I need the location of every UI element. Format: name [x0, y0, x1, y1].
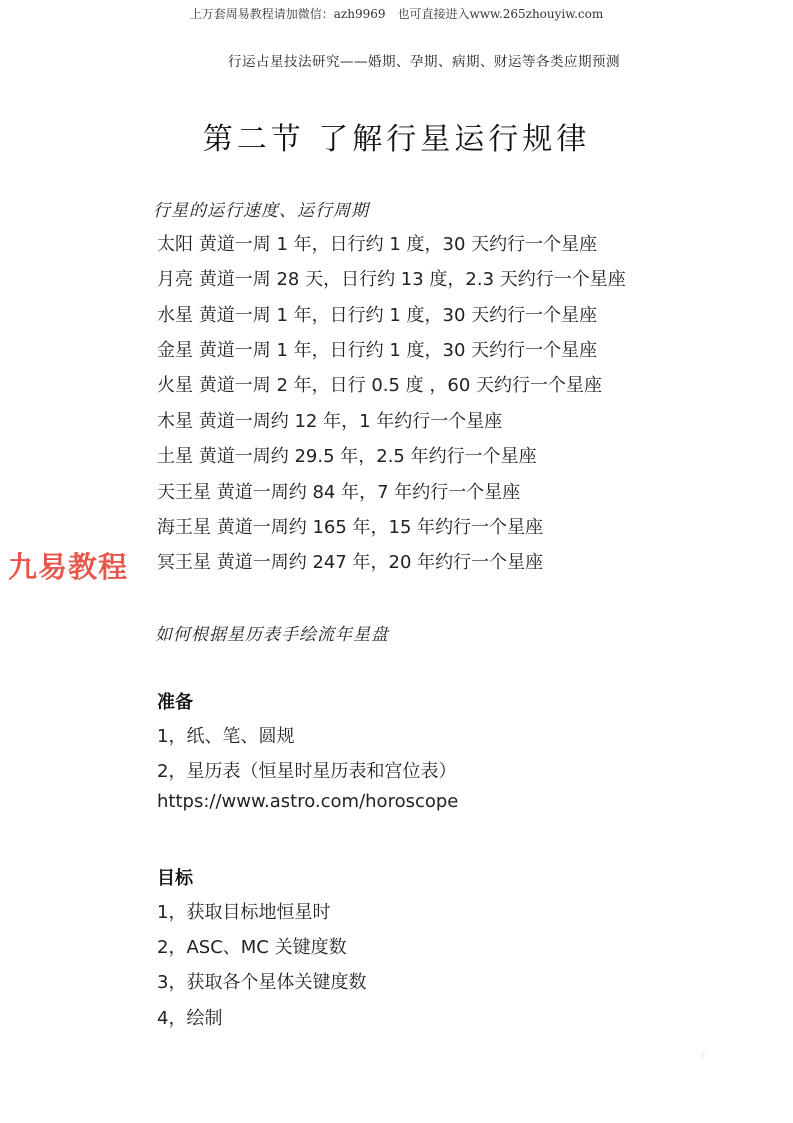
goal-item: 1，获取目标地恒星时 [157, 898, 330, 924]
horoscope-link[interactable]: https://www.astro.com/horoscope [157, 791, 458, 812]
goal-item: 4，绘制 [157, 1004, 222, 1030]
goals-heading: 目标 [157, 864, 193, 890]
planet-row: 水星 黄道一周 1 年，日行约 1 度，30 天约行一个星座 [157, 301, 597, 327]
planet-row: 土星 黄道一周约 29.5 年，2.5 年约行一个星座 [157, 442, 537, 468]
preparation-item: 2，星历表（恒星时星历表和宫位表） [157, 757, 456, 783]
planet-row: 太阳 黄道一周 1 年，日行约 1 度，30 天约行一个星座 [157, 230, 597, 256]
preparation-heading: 准备 [157, 688, 193, 714]
preparation-item: 1，纸、笔、圆规 [157, 722, 294, 748]
goal-item: 3，获取各个星体关键度数 [157, 968, 366, 994]
planet-row: 火星 黄道一周 2 年，日行 0.5 度 ，60 天约行一个星座 [157, 371, 602, 397]
watermark-logo: 九易教程 [8, 545, 128, 586]
top-promo-note: 上万套周易教程请加微信：azh9969 也可直接进入www.265zhouyiw… [0, 5, 793, 22]
goal-item: 2，ASC、MC 关键度数 [157, 933, 347, 959]
section-title: 第二节 了解行星运行规律 [0, 114, 793, 158]
planet-row: 天王星 黄道一周约 84 年，7 年约行一个星座 [157, 478, 520, 504]
planet-subheading: 行星的运行速度、运行周期 [153, 196, 369, 221]
running-head: 行运占星技法研究——婚期、孕期、病期、财运等各类应期预测 [228, 50, 620, 70]
planet-row: 海王星 黄道一周约 165 年，15 年约行一个星座 [157, 513, 543, 539]
chart-subheading: 如何根据星历表手绘流年星盘 [155, 620, 389, 645]
planet-row: 冥王星 黄道一周约 247 年，20 年约行一个星座 [157, 548, 543, 574]
page-number: 7 [700, 1052, 706, 1062]
planet-row: 月亮 黄道一周 28 天，日行约 13 度，2.3 天约行一个星座 [157, 265, 626, 291]
planet-row: 金星 黄道一周 1 年，日行约 1 度，30 天约行一个星座 [157, 336, 597, 362]
planet-row: 木星 黄道一周约 12 年，1 年约行一个星座 [157, 407, 502, 433]
